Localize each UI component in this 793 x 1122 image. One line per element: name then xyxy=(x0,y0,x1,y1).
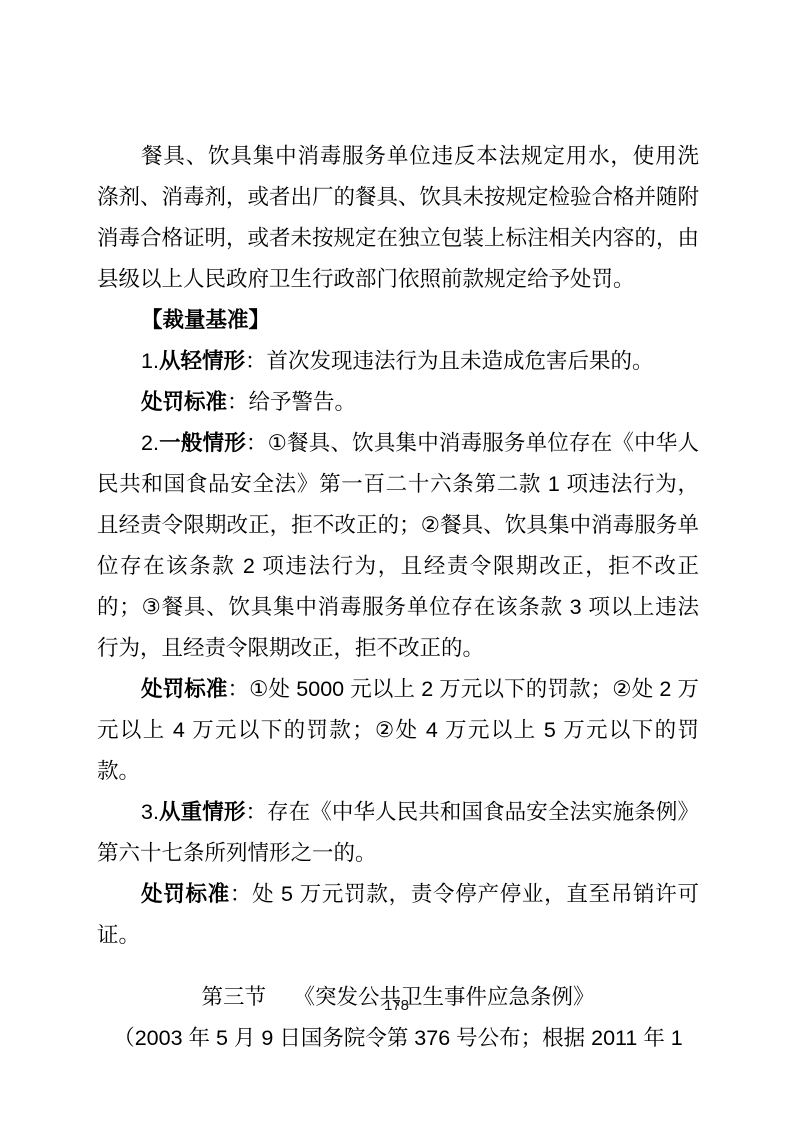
document-page: 餐具、饮具集中消毒服务单位违反本法规定用水，使用洗涤剂、消毒剂，或者出厂的餐具、… xyxy=(0,0,793,1122)
penalty-general: 处罚标准：①处 5000 元以上 2 万元以下的罚款；②处 2 万元以上 4 万… xyxy=(97,669,699,792)
item-lenient-number: 1. xyxy=(141,349,159,373)
page-number-text: 178 xyxy=(384,997,409,1014)
item-general-text: ：①餐具、饮具集中消毒服务单位存在《中华人民共和国食品安全法》第一百二十六条第二… xyxy=(97,431,699,660)
basis-header: 【裁量基准】 xyxy=(97,300,699,341)
item-severe-label: 从重情形 xyxy=(159,800,246,824)
paragraph-intro-text: 餐具、饮具集中消毒服务单位违反本法规定用水，使用洗涤剂、消毒剂，或者出厂的餐具、… xyxy=(97,144,699,291)
penalty-severe-label: 处罚标准 xyxy=(141,882,230,906)
penalty-general-label: 处罚标准 xyxy=(141,677,228,701)
penalty-severe: 处罚标准：处 5 万元罚款，责令停产停业，直至吊销许可证。 xyxy=(97,874,699,956)
next-section-subtitle: （2003 年 5 月 9 日国务院令第 376 号公布；根据 2011 年 1 xyxy=(97,1018,699,1059)
penalty-lenient: 处罚标准：给予警告。 xyxy=(97,382,699,423)
penalty-lenient-label: 处罚标准 xyxy=(141,390,227,414)
item-general-label: 一般情形 xyxy=(159,431,246,455)
item-general-number: 2. xyxy=(141,431,159,455)
item-general: 2.一般情形：①餐具、饮具集中消毒服务单位存在《中华人民共和国食品安全法》第一百… xyxy=(97,423,699,669)
item-lenient-text: ：首次发现违法行为且未造成危害后果的。 xyxy=(245,349,654,373)
paragraph-intro: 餐具、饮具集中消毒服务单位违反本法规定用水，使用洗涤剂、消毒剂，或者出厂的餐具、… xyxy=(97,136,699,300)
basis-header-text: 【裁量基准】 xyxy=(141,308,270,332)
document-body: 餐具、饮具集中消毒服务单位违反本法规定用水，使用洗涤剂、消毒剂，或者出厂的餐具、… xyxy=(97,136,699,1059)
item-severe-number: 3. xyxy=(141,800,159,824)
item-lenient: 1.从轻情形：首次发现违法行为且未造成危害后果的。 xyxy=(97,341,699,382)
penalty-lenient-text: ：给予警告。 xyxy=(227,390,356,414)
next-section-subtitle-text: （2003 年 5 月 9 日国务院令第 376 号公布；根据 2011 年 1 xyxy=(113,1026,683,1050)
item-severe: 3.从重情形：存在《中华人民共和国食品安全法实施条例》第六十七条所列情形之一的。 xyxy=(97,792,699,874)
item-lenient-label: 从轻情形 xyxy=(159,349,245,373)
page-number: 178 xyxy=(0,996,793,1016)
